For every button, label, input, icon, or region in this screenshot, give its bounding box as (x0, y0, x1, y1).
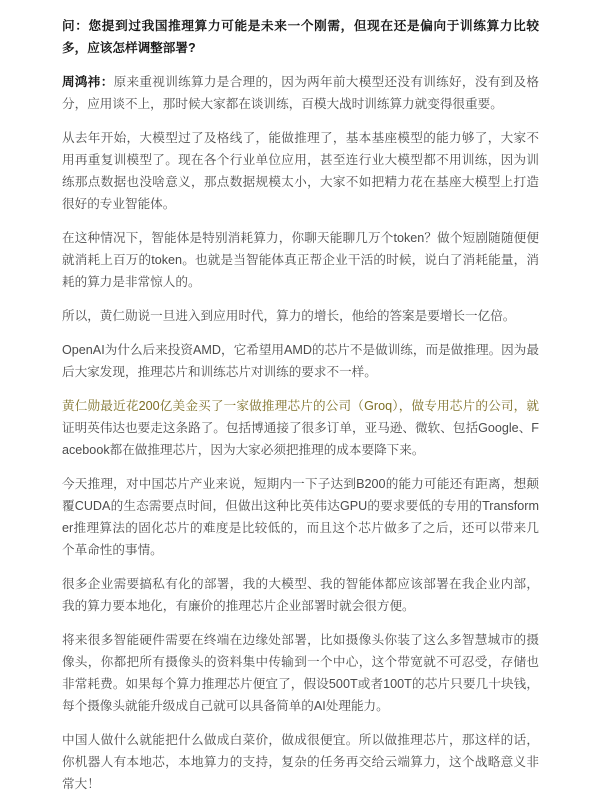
answer-paragraph: 中国人做什么就能把什么做成白菜价，做成很便宜。所以做推理芯片，那这样的话，你机器… (62, 729, 539, 795)
paragraph-list: 问：您提到过我国推理算力可能是未来一个刚需，但现在还是偏向于训练算力比较多，应该… (62, 15, 539, 795)
answer-paragraph: 将来很多智能硬件需要在终端在边缘处部署，比如摄像头你装了这么多智慧城市的摄像头，… (62, 629, 539, 717)
paragraph-text: 在这种情况下，智能体是特别消耗算力，你聊天能聊几万个token？做个短剧随随便便… (62, 231, 539, 289)
highlighted-text-segment: 黄仁勋最近花200亿美金买了一家做推理芯片的公司（Groq），做专用芯片的公司，… (62, 399, 539, 413)
answer-paragraph: OpenAI为什么后来投资AMD，它希望用AMD的芯片不是做训练，而是做推理。因… (62, 339, 539, 383)
paragraph-text: OpenAI为什么后来投资AMD，它希望用AMD的芯片不是做训练，而是做推理。因… (62, 343, 539, 379)
answer-paragraph: 所以，黄仁勋说一旦进入到应用时代，算力的增长，他给的答案是要增长一亿倍。 (62, 305, 539, 327)
paragraph-text: 今天推理，对中国芯片产业来说，短期内一下子达到B200的能力可能还有距离，想颠覆… (62, 477, 539, 557)
answer-paragraph: 在这种情况下，智能体是特别消耗算力，你聊天能聊几万个token？做个短剧随随便便… (62, 227, 539, 293)
paragraph-text: 原来重视训练算力是合理的，因为两年前大模型还没有训练好，没有到及格分，应用谈不上… (62, 75, 539, 111)
paragraph-text: 证明英伟达也要走这条路了。包括博通接了很多订单，亚马逊、微软、包括Google、… (62, 421, 539, 457)
answer-paragraph: 从去年开始，大模型过了及格线了，能做推理了，基本基座模型的能力够了，大家不用再重… (62, 127, 539, 215)
paragraph-text: 将来很多智能硬件需要在终端在边缘处部署，比如摄像头你装了这么多智慧城市的摄像头，… (62, 633, 539, 713)
answer-paragraph: 黄仁勋最近花200亿美金买了一家做推理芯片的公司（Groq），做专用芯片的公司，… (62, 395, 539, 461)
answer-paragraph: 周鸿祎：原来重视训练算力是合理的，因为两年前大模型还没有训练好，没有到及格分，应… (62, 71, 539, 115)
paragraph-text: 所以，黄仁勋说一旦进入到应用时代，算力的增长，他给的答案是要增长一亿倍。 (62, 309, 515, 323)
article-body: 问：您提到过我国推理算力可能是未来一个刚需，但现在还是偏向于训练算力比较多，应该… (0, 0, 600, 795)
answer-paragraph: 很多企业需要搞私有化的部署，我的大模型、我的智能体都应该部署在我企业内部，我的算… (62, 573, 539, 617)
question-paragraph: 问：您提到过我国推理算力可能是未来一个刚需，但现在还是偏向于训练算力比较多，应该… (62, 15, 539, 59)
paragraph-text: 从去年开始，大模型过了及格线了，能做推理了，基本基座模型的能力够了，大家不用再重… (62, 131, 539, 211)
answer-paragraph: 今天推理，对中国芯片产业来说，短期内一下子达到B200的能力可能还有距离，想颠覆… (62, 473, 539, 561)
paragraph-text: 中国人做什么就能把什么做成白菜价，做成很便宜。所以做推理芯片，那这样的话，你机器… (62, 733, 539, 791)
question-text: 问：您提到过我国推理算力可能是未来一个刚需，但现在还是偏向于训练算力比较多，应该… (62, 19, 539, 55)
paragraph-text: 很多企业需要搞私有化的部署，我的大模型、我的智能体都应该部署在我企业内部，我的算… (62, 577, 539, 613)
speaker-name: 周鸿祎： (62, 75, 114, 89)
